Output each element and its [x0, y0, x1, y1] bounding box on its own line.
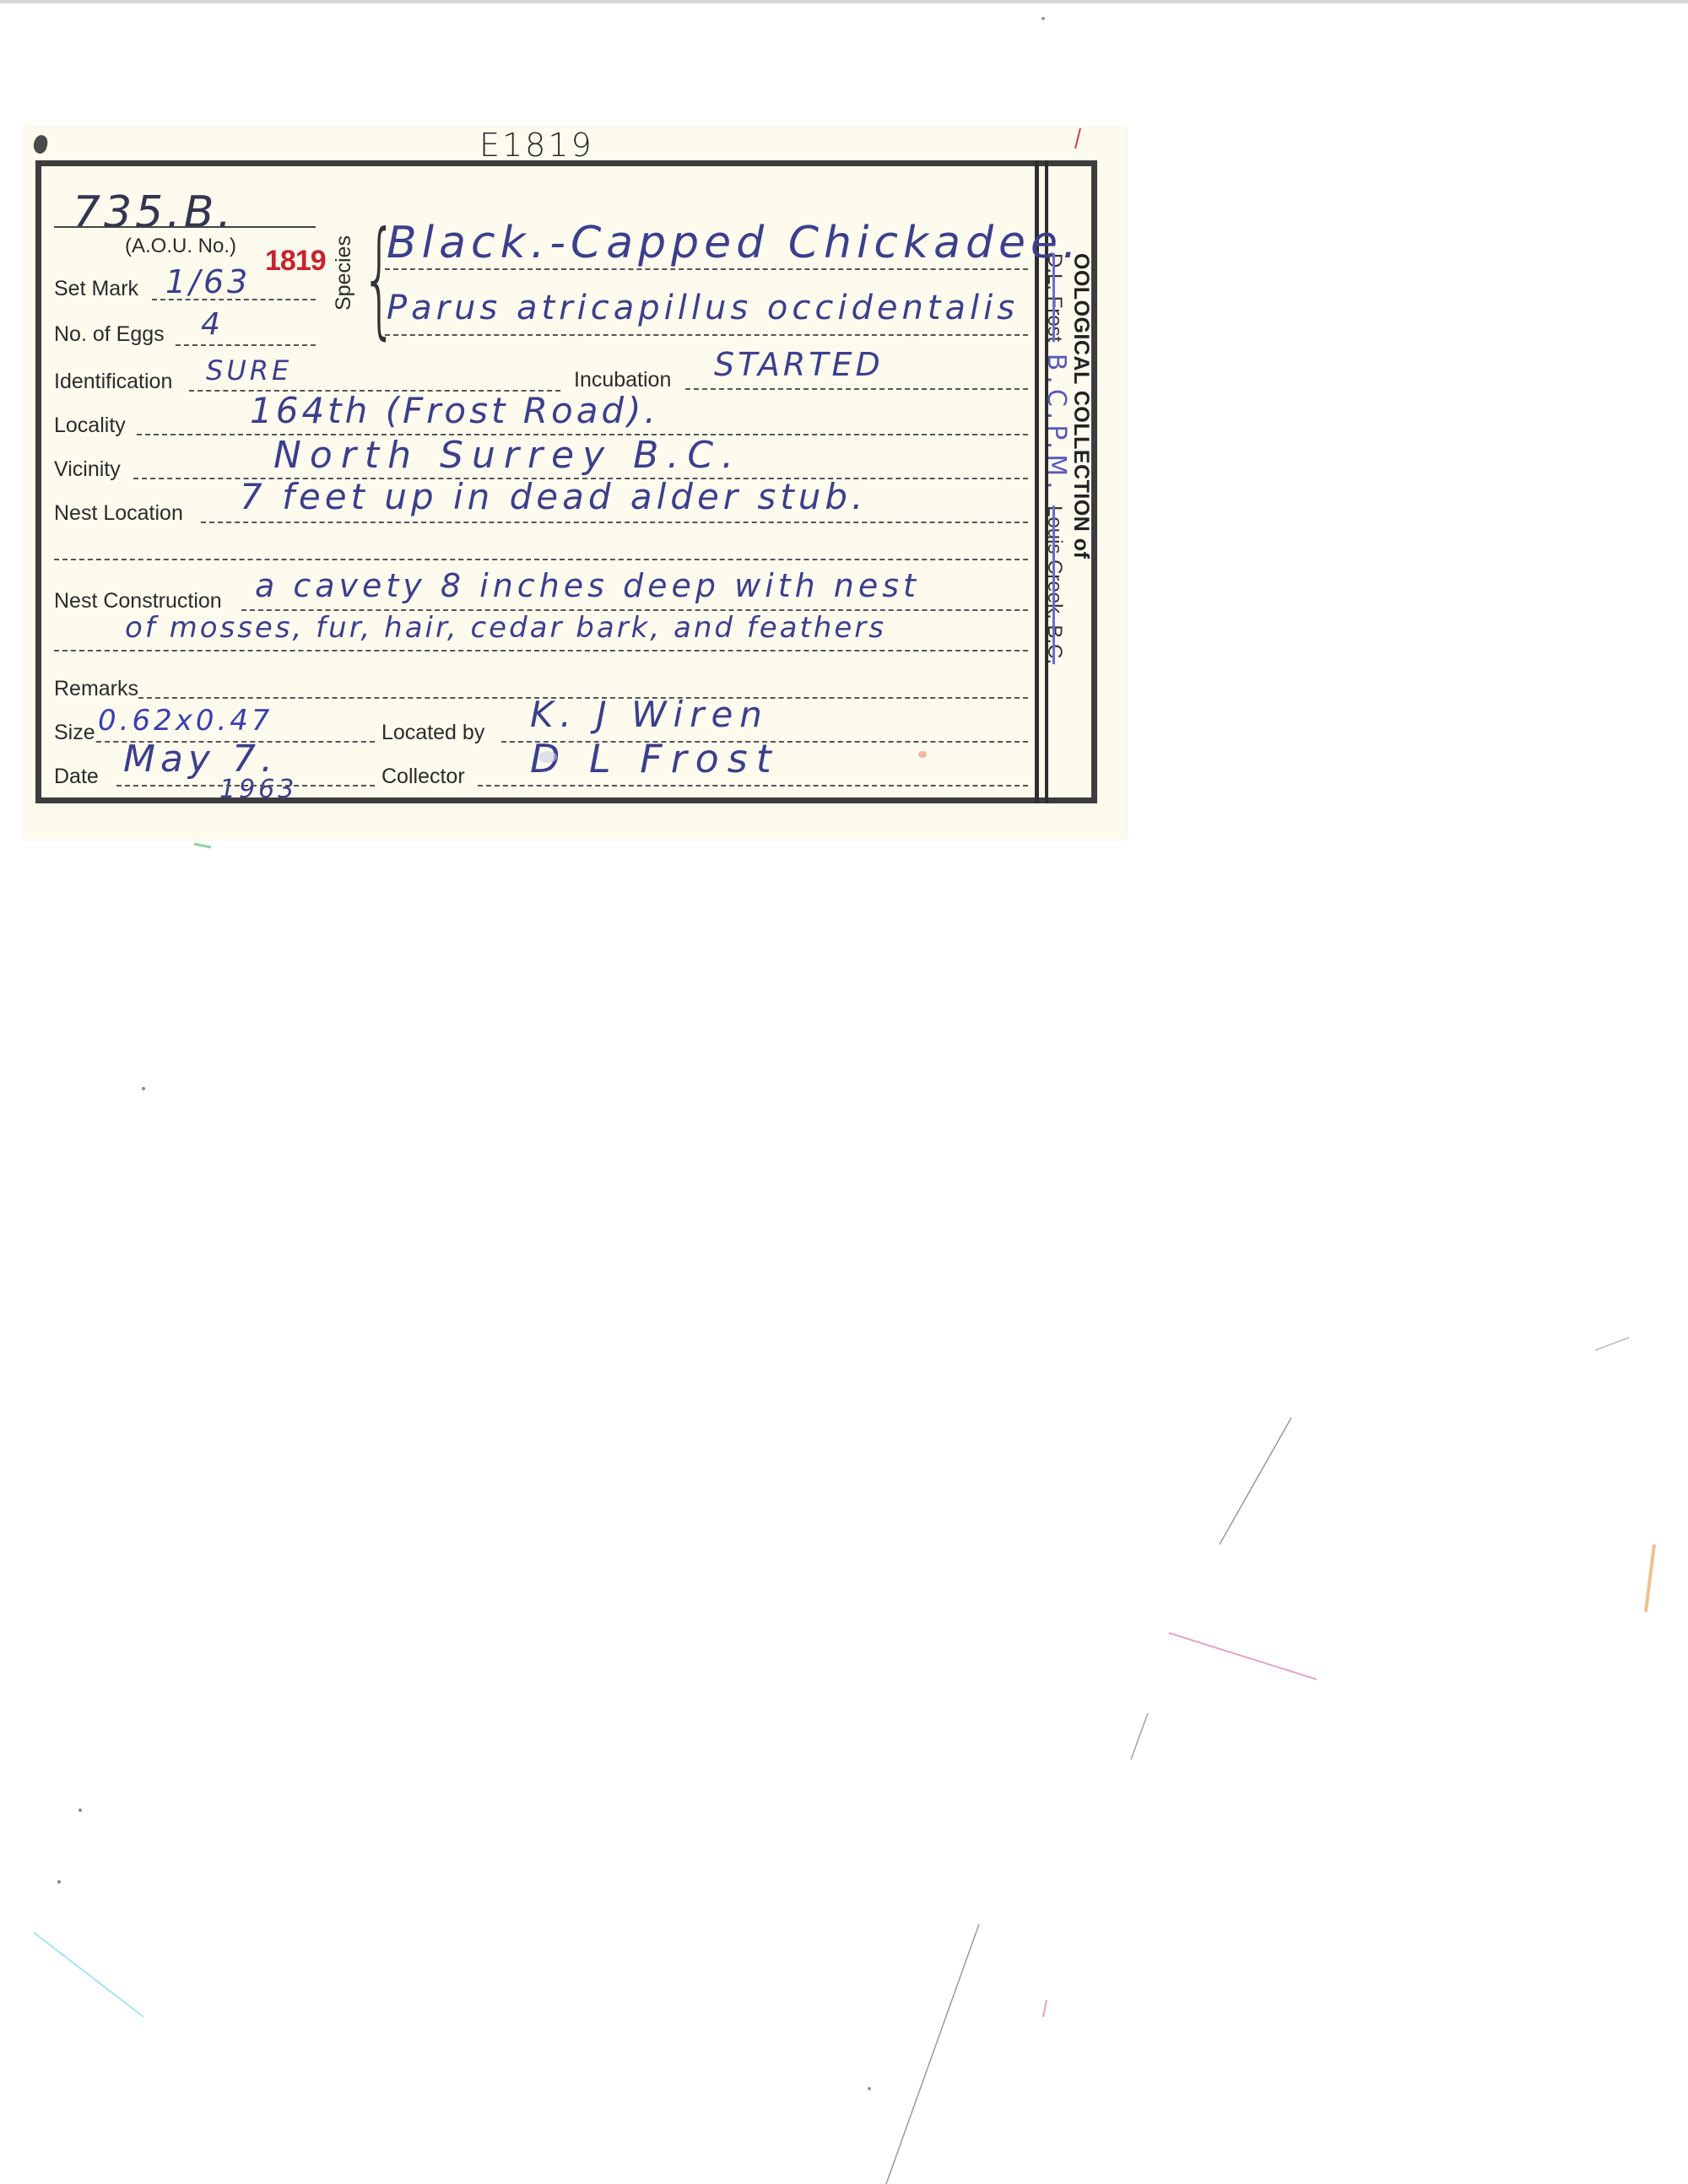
scan-artifacts	[0, 0, 1688, 2184]
